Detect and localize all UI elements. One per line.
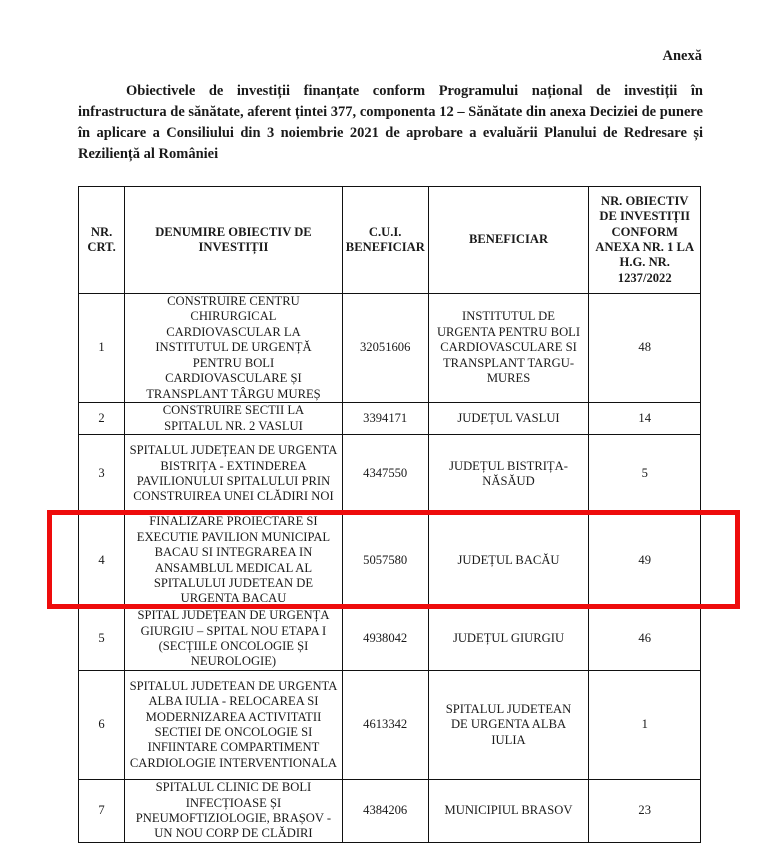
annex-label: Anexă <box>663 48 702 65</box>
cell-cui: 3394171 <box>342 403 428 435</box>
cell-objective-no: 46 <box>589 608 701 671</box>
cell-beneficiary: JUDEȚUL BACĂU <box>428 514 589 608</box>
cell-objective: CONSTRUIRE SECTII LA SPITALUL NR. 2 VASL… <box>125 403 343 435</box>
table-row: 7 SPITALUL CLINIC DE BOLI INFECȚIOASE ȘI… <box>79 780 701 843</box>
cell-objective: SPITALUL JUDEȚEAN DE URGENTA BISTRIȚA - … <box>125 435 343 514</box>
document-title: Obiectivele de investiții finanțate conf… <box>78 81 703 165</box>
cell-objective: FINALIZARE PROIECTARE SI EXECUTIE PAVILI… <box>125 514 343 608</box>
cell-objective-no: 1 <box>589 671 701 780</box>
cell-cui: 4347550 <box>342 435 428 514</box>
cell-cui: 4384206 <box>342 780 428 843</box>
table-row: 5 SPITAL JUDEȚEAN DE URGENȚA GIURGIU – S… <box>79 608 701 671</box>
cell-objective: CONSTRUIRE CENTRU CHIRURGICAL CARDIOVASC… <box>125 294 343 403</box>
cell-objective-no: 49 <box>589 514 701 608</box>
cell-objective: SPITALUL CLINIC DE BOLI INFECȚIOASE ȘI P… <box>125 780 343 843</box>
cell-objective-no: 23 <box>589 780 701 843</box>
cell-nr: 5 <box>79 608 125 671</box>
cell-objective: SPITAL JUDEȚEAN DE URGENȚA GIURGIU – SPI… <box>125 608 343 671</box>
cell-nr: 1 <box>79 294 125 403</box>
cell-beneficiary: SPITALUL JUDETEAN DE URGENTA ALBA IULIA <box>428 671 589 780</box>
table-row: 2 CONSTRUIRE SECTII LA SPITALUL NR. 2 VA… <box>79 403 701 435</box>
cell-beneficiary: JUDEȚUL GIURGIU <box>428 608 589 671</box>
cell-beneficiary: INSTITUTUL DE URGENTA PENTRU BOLI CARDIO… <box>428 294 589 403</box>
header-cui: C.U.I. BENEFICIAR <box>342 187 428 294</box>
header-objective-name: DENUMIRE OBIECTIV DE INVESTIȚII <box>125 187 343 294</box>
cell-beneficiary: MUNICIPIUL BRASOV <box>428 780 589 843</box>
investment-objectives-table: NR. CRT. DENUMIRE OBIECTIV DE INVESTIȚII… <box>78 186 701 843</box>
header-nr-crt: NR. CRT. <box>79 187 125 294</box>
table-row: 1 CONSTRUIRE CENTRU CHIRURGICAL CARDIOVA… <box>79 294 701 403</box>
table-row: 6 SPITALUL JUDETEAN DE URGENTA ALBA IULI… <box>79 671 701 780</box>
cell-beneficiary: JUDEȚUL BISTRIȚA-NĂSĂUD <box>428 435 589 514</box>
cell-objective-no: 48 <box>589 294 701 403</box>
cell-cui: 4938042 <box>342 608 428 671</box>
header-objective-number: NR. OBIECTIV DE INVESTIȚII CONFORM ANEXA… <box>589 187 701 294</box>
cell-nr: 7 <box>79 780 125 843</box>
cell-objective-no: 14 <box>589 403 701 435</box>
cell-objective-no: 5 <box>589 435 701 514</box>
header-beneficiary: BENEFICIAR <box>428 187 589 294</box>
table-header-row: NR. CRT. DENUMIRE OBIECTIV DE INVESTIȚII… <box>79 187 701 294</box>
cell-cui: 32051606 <box>342 294 428 403</box>
cell-nr: 2 <box>79 403 125 435</box>
cell-nr: 3 <box>79 435 125 514</box>
table-row: 3 SPITALUL JUDEȚEAN DE URGENTA BISTRIȚA … <box>79 435 701 514</box>
cell-objective: SPITALUL JUDETEAN DE URGENTA ALBA IULIA … <box>125 671 343 780</box>
table-row-highlighted: 4 FINALIZARE PROIECTARE SI EXECUTIE PAVI… <box>79 514 701 608</box>
cell-cui: 4613342 <box>342 671 428 780</box>
cell-nr: 4 <box>79 514 125 608</box>
cell-beneficiary: JUDEȚUL VASLUI <box>428 403 589 435</box>
cell-nr: 6 <box>79 671 125 780</box>
cell-cui: 5057580 <box>342 514 428 608</box>
